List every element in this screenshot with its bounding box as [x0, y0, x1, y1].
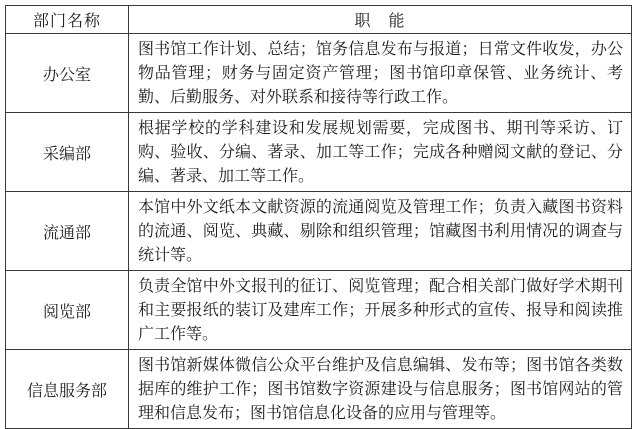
table-row-circulation: 流通部 本馆中外文纸本文献资源的流通阅览及管理工作；负责入藏图书资料的流通、阅览…: [6, 192, 632, 271]
duty-text-acquisition-cataloging: 根据学校的学科建设和发展规划需要，完成图书、期刊等采访、订购、验收、分编、著录、…: [129, 113, 632, 192]
col-header-duty: 职 能: [129, 6, 632, 34]
department-duty-table: 部门名称 职 能 办公室 图书馆工作计划、总结；馆务信息发布与报道；日常文件收发…: [5, 5, 632, 429]
department-duty-table-container: 部门名称 职 能 办公室 图书馆工作计划、总结；馆务信息发布与报道；日常文件收发…: [5, 5, 631, 429]
table-row-reading: 阅览部 负责全馆中外文报刊的征订、阅览管理；配合相关部门做好学术期刊和主要报纸的…: [6, 271, 632, 350]
duty-text-information-services: 图书馆新媒体微信公众平台维护及信息编辑、发布等；图书馆各类数据库的维护工作；图书…: [129, 350, 632, 429]
table-row-acquisition-cataloging: 采编部 根据学校的学科建设和发展规划需要，完成图书、期刊等采访、订购、验收、分编…: [6, 113, 632, 192]
dept-name-acquisition-cataloging: 采编部: [6, 113, 129, 192]
duty-text-circulation: 本馆中外文纸本文献资源的流通阅览及管理工作；负责入藏图书资料的流通、阅览、典藏、…: [129, 192, 632, 271]
dept-name-information-services: 信息服务部: [6, 350, 129, 429]
table-row-office: 办公室 图书馆工作计划、总结；馆务信息发布与报道；日常文件收发，办公物品管理；财…: [6, 34, 632, 113]
col-header-department: 部门名称: [6, 6, 129, 34]
duty-text-reading: 负责全馆中外文报刊的征订、阅览管理；配合相关部门做好学术期刊和主要报纸的装订及建…: [129, 271, 632, 350]
duty-text-office: 图书馆工作计划、总结；馆务信息发布与报道；日常文件收发，办公物品管理；财务与固定…: [129, 34, 632, 113]
dept-name-office: 办公室: [6, 34, 129, 113]
dept-name-circulation: 流通部: [6, 192, 129, 271]
table-row-information-services: 信息服务部 图书馆新媒体微信公众平台维护及信息编辑、发布等；图书馆各类数据库的维…: [6, 350, 632, 429]
dept-name-reading: 阅览部: [6, 271, 129, 350]
table-header-row: 部门名称 职 能: [6, 6, 632, 34]
